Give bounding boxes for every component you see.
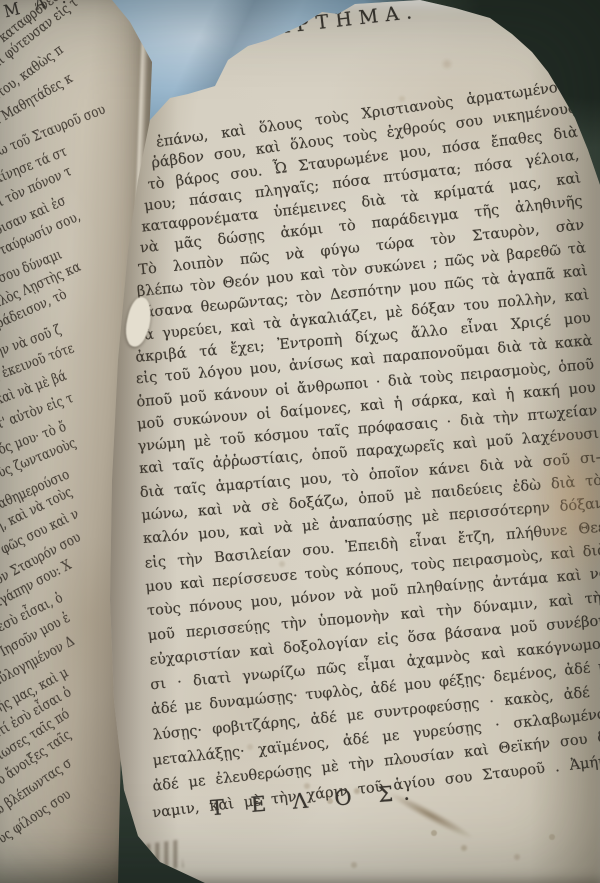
body-text: ἐπάνω,καὶὅλουςτοὺςΧριστιανοὺςἁρματωμένου… (109, 78, 600, 808)
right-page: ΠΑΡΑΡΤΗΜΑ. 183 ἐπάνω,καὶὅλουςτοὺςΧριστια… (100, 0, 600, 883)
photo-scene: Μ Α . καὶ καταφρόνεσαν τὸου, καὶ φύτευσα… (0, 0, 600, 883)
